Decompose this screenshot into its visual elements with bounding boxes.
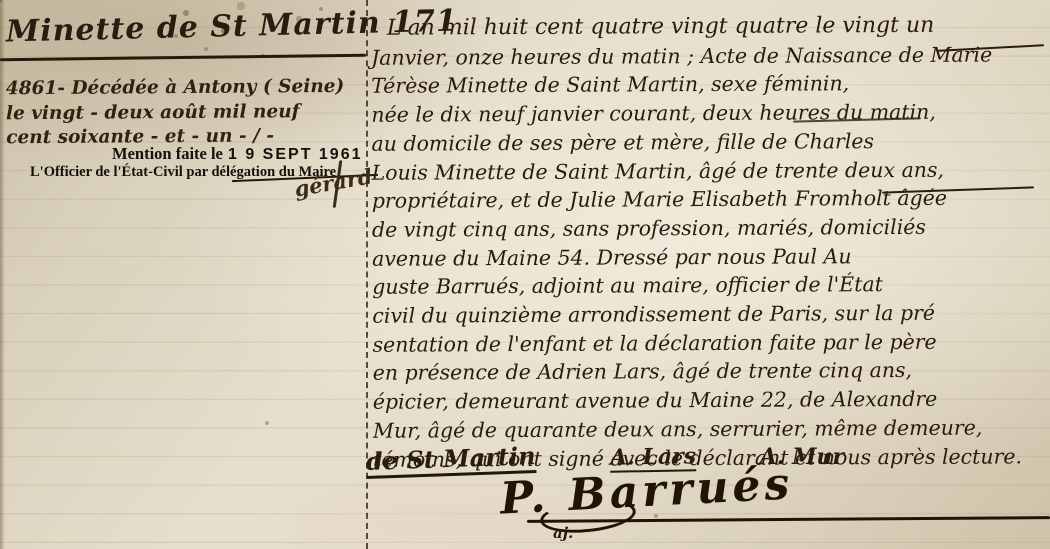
mention-stamp-line: Mention faite le 1 9 SEPT 1961	[112, 144, 363, 164]
act-line: épicier, demeurant avenue du Maine 22, d…	[373, 384, 1049, 416]
act-line: civil du quinzième arrondissement de Par…	[372, 298, 1048, 330]
act-line: avenue du Maine 54. Dressé par nous Paul…	[372, 241, 1048, 273]
act-line: Térèse Minette de Saint Martin, sexe fém…	[371, 69, 1047, 101]
act-line: Janvier, onze heures du matin ; Acte de …	[371, 40, 1047, 72]
act-line: née le dix neuf janvier courant, deux he…	[371, 97, 1047, 129]
margin-annotation-line: 4861- Décédée à Antony ( Seine)	[6, 75, 358, 102]
officiant-title-abbrev: aj.	[553, 524, 573, 542]
act-line: Louis Minette de Saint Martin, âgé de tr…	[372, 155, 1048, 187]
margin-annotation: 4861- Décédée à Antony ( Seine) le vingt…	[6, 75, 359, 151]
margin-annotation-line: le vingt - deux août mil neuf	[6, 99, 358, 126]
mention-stamp-text: Mention faite le	[112, 144, 223, 163]
register-scan-page: Minette de St Martin 171 4861- Décédée à…	[0, 0, 1050, 549]
record-title: Minette de St Martin 171	[6, 5, 379, 49]
act-line: L'an mil huit cent quatre vingt quatre l…	[371, 11, 1047, 43]
act-line: propriétaire, et de Julie Marie Elisabet…	[372, 183, 1048, 215]
act-line: au domicile de ses père et mère, fille d…	[371, 126, 1047, 158]
act-line: en présence de Adrien Lars, âgé de trent…	[373, 356, 1049, 388]
act-body-text: L'an mil huit cent quatre vingt quatre l…	[371, 11, 1049, 474]
act-line: sentation de l'enfant et la déclaration …	[372, 327, 1048, 359]
act-line: Mur, âgé de quarante deux ans, serrurier…	[373, 413, 1049, 445]
act-line: de vingt cinq ans, sans profession, mari…	[372, 212, 1048, 244]
page-left-edge	[0, 0, 5, 549]
act-line: guste Barrués, adjoint au maire, officie…	[372, 270, 1048, 302]
mention-stamp-date: 1 9 SEPT 1961	[228, 146, 363, 163]
title-underline-stroke	[0, 54, 366, 61]
